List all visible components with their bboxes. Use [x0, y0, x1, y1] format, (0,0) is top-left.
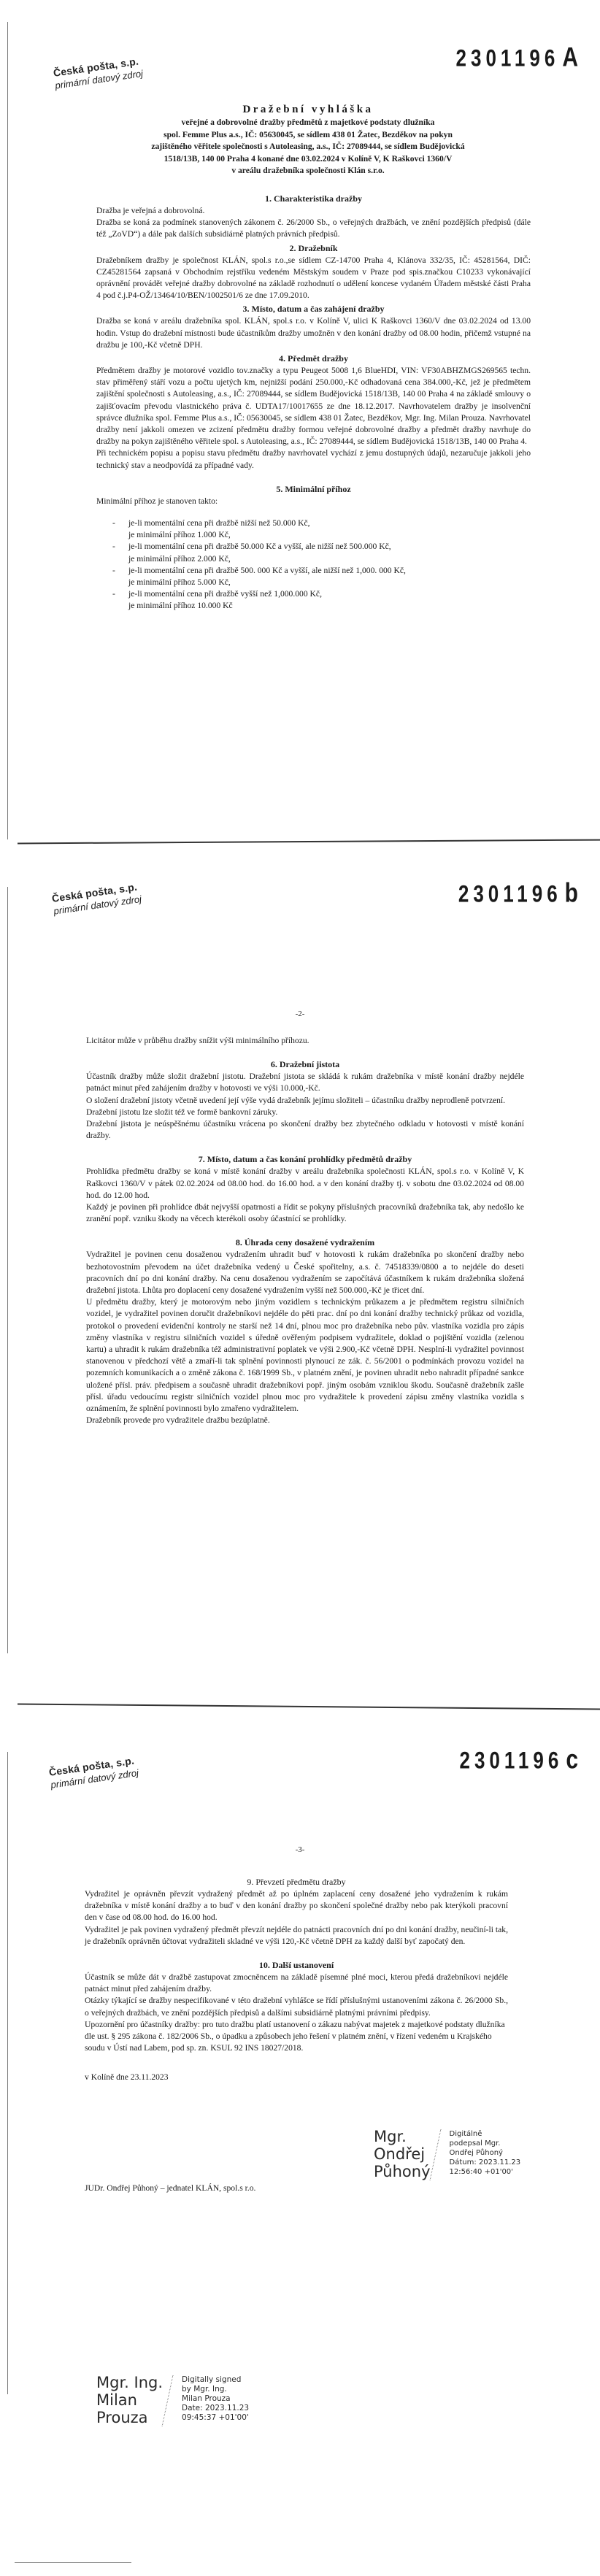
- page-number: -2-: [0, 1010, 600, 1018]
- subtitle-line: spol. Femme Plus a.s., IČ: 05630045, se …: [82, 129, 534, 142]
- document-number: 2301196c: [460, 1745, 578, 1776]
- min-bid-list: je-li momentální cena při dražbě nižší n…: [112, 518, 531, 612]
- postal-stamp: Česká pošta, s.p. primární datový zdroj: [48, 1754, 139, 1791]
- section-10-paragraph: Upozornění pro účastníky dražby: pro tut…: [85, 2019, 508, 2055]
- section-heading-5: 5. Minimální příhoz: [96, 483, 531, 496]
- document-number-suffix: A: [562, 42, 578, 72]
- digital-signature-prouza: Mgr. Ing. Milan Prouza Digitally signed …: [96, 2374, 249, 2426]
- postal-stamp: Česká pošta, s.p. primární datový zdroj: [53, 55, 144, 91]
- section-8-paragraph: Dražebník provede pro vydražitele dražbu…: [86, 1415, 524, 1426]
- min-bid-condition: je-li momentální cena při dražbě vyšší n…: [128, 588, 531, 600]
- min-bid-condition: je-li momentální cena při dražbě nižší n…: [128, 518, 531, 529]
- page-1-content: Dražební vyhláška veřejné a dobrovolné d…: [82, 102, 534, 177]
- section-5-paragraph: Minimální příhoz je stanoven takto:: [96, 496, 531, 507]
- section-heading-6: 6. Dražební jistota: [86, 1058, 524, 1071]
- subtitle-line: veřejné a dobrovolné dražby předmětů z m…: [82, 117, 534, 129]
- subtitle-line: 1518/13B, 140 00 Praha 4 konané dne 03.0…: [82, 153, 534, 166]
- signature-metadata: Digitally signed by Mgr. Ing. Milan Prou…: [182, 2374, 249, 2423]
- section-heading-3: 3. Místo, datum a čas zahájení dražby: [96, 303, 531, 315]
- signatory-line: JUDr. Ondřej Půhoný – jednatel KLÁN, spo…: [85, 2183, 347, 2194]
- signature-separator: [429, 2129, 450, 2180]
- document-subtitle: veřejné a dobrovolné dražby předmětů z m…: [82, 117, 534, 177]
- section-6-paragraph: Dražební jistota je neúspěšnému účastník…: [86, 1118, 524, 1142]
- signature-name: Mgr. Ing. Milan Prouza: [96, 2374, 163, 2426]
- subtitle-line: zajištěného věřitele společnosti s Autol…: [82, 141, 534, 153]
- section-8-paragraph: U předmětu dražby, který je motorovým ne…: [86, 1296, 524, 1415]
- section-heading-1: 1. Charakteristika dražby: [96, 193, 531, 205]
- section-heading-7: 7. Místo, datum a čas konání prohlídky p…: [86, 1153, 524, 1166]
- section-heading-10: 10. Další ustanovení: [85, 1959, 508, 1972]
- signature-separator: [162, 2375, 183, 2426]
- section-heading-2: 2. Dražebník: [96, 242, 531, 255]
- section-1-paragraph: Dražba je veřejná a dobrovolná.: [96, 205, 531, 217]
- page-1-body: 1. Charakteristika dražby Dražba je veře…: [96, 191, 531, 612]
- section-7-paragraph: Každý je povinen při prohlídce dbát nejv…: [86, 1202, 524, 1225]
- page-2: Česká pošta, s.p. primární datový zdroj …: [0, 850, 600, 1712]
- min-bid-amount: je minimální příhoz 10.000 Kč: [128, 600, 531, 612]
- min-bid-amount: je minimální příhoz 5.000 Kč,: [128, 577, 531, 588]
- section-10-paragraph: Účastník se může dát v dražbě zastupovat…: [85, 1972, 508, 1995]
- section-9-paragraph: Vydražitel je oprávněn převzít vydražený…: [85, 1888, 508, 1924]
- page-edge-line: [18, 839, 600, 845]
- section-4-paragraph: Při technickém popisu a popisu stavu pře…: [96, 447, 531, 471]
- min-bid-item: je-li momentální cena při dražbě 50.000 …: [112, 541, 531, 564]
- section-3-paragraph: Dražba se koná v areálu dražebníka spol.…: [96, 315, 531, 351]
- scan-edge: [7, 22, 8, 839]
- page-3-body: 9. Převzetí předmětu dražby Vydražitel j…: [85, 1875, 508, 2084]
- page-edge-line: [18, 1704, 600, 1710]
- section-6-paragraph: Dražební jistotu lze složit též ve formě…: [86, 1107, 524, 1118]
- subtitle-line: v areálu dražebníka společnosti Klán s.r…: [82, 165, 534, 177]
- section-8-paragraph: Vydražitel je povinen cenu dosaženou vyd…: [86, 1249, 524, 1296]
- document-number: 2301196b: [458, 878, 578, 910]
- section-9-paragraph: Vydražitel je pak povinen vydražený před…: [85, 1924, 508, 1948]
- section-2-paragraph: Dražebníkem dražby je společnost KLÁN, s…: [96, 255, 531, 302]
- section-6-paragraph: O složení dražební jistoty včetně uveden…: [86, 1095, 524, 1107]
- min-bid-amount: je minimální příhoz 1.000 Kč,: [128, 529, 531, 541]
- section-heading-9: 9. Převzetí předmětu dražby: [85, 1876, 508, 1888]
- section-10-paragraph: Otázky týkající se dražby nespecifikovan…: [85, 1995, 508, 2018]
- page-edge-line: [15, 2562, 131, 2563]
- document-title: Dražební vyhláška: [82, 102, 534, 117]
- section-heading-8: 8. Úhrada ceny dosažené vydražením: [86, 1237, 524, 1249]
- document-number-suffix: b: [565, 878, 578, 908]
- signatory-name: JUDr. Ondřej Půhoný – jednatel KLÁN, spo…: [85, 2183, 347, 2194]
- min-bid-condition: je-li momentální cena při dražbě 500. 00…: [128, 565, 531, 577]
- section-6-paragraph: Účastník dražby může složit dražební jis…: [86, 1071, 524, 1094]
- document-number-value: 2301196: [458, 880, 562, 908]
- postal-stamp: Česká pošta, s.p. primární datový zdroj: [51, 880, 142, 917]
- document-number-value: 2301196: [456, 45, 560, 72]
- scan-edge: [7, 887, 8, 1653]
- page-2-body: Licitátor může v průběhu dražby snížit v…: [86, 1035, 524, 1426]
- min-bid-amount: je minimální příhoz 2.000 Kč,: [128, 553, 531, 565]
- page-1: Česká pošta, s.p. primární datový zdroj …: [0, 0, 600, 847]
- document-number: 2301196A: [456, 42, 578, 74]
- page-number: -3-: [0, 1845, 600, 1854]
- page-3: Česká pošta, s.p. primární datový zdroj …: [0, 1715, 600, 2576]
- section-heading-4: 4. Předmět dražby: [96, 353, 531, 365]
- min-bid-condition: je-li momentální cena při dražbě 50.000 …: [128, 541, 531, 553]
- min-bid-item: je-li momentální cena při dražbě vyšší n…: [112, 588, 531, 612]
- min-bid-item: je-li momentální cena při dražbě nižší n…: [112, 518, 531, 541]
- section-7-paragraph: Prohlídka předmětu dražby se koná v míst…: [86, 1166, 524, 1202]
- signature-name: Mgr. Ondřej Půhoný: [374, 2128, 431, 2180]
- section-4-paragraph: Předmětem dražby je motorové vozidlo tov…: [96, 365, 531, 447]
- min-bid-item: je-li momentální cena při dražbě 500. 00…: [112, 565, 531, 588]
- document-number-value: 2301196: [460, 1747, 564, 1775]
- signature-metadata: Digitálně podepsal Mgr. Ondřej Půhoný Dá…: [450, 2128, 521, 2177]
- place-and-date: v Kolíně dne 23.11.2023: [85, 2072, 508, 2083]
- digital-signature-puhony: Mgr. Ondřej Půhoný Digitálně podepsal Mg…: [374, 2128, 520, 2180]
- section-1-paragraph: Dražba se koná za podmínek stanovených z…: [96, 217, 531, 240]
- intro-paragraph: Licitátor může v průběhu dražby snížit v…: [86, 1035, 524, 1047]
- document-number-suffix: c: [566, 1745, 578, 1775]
